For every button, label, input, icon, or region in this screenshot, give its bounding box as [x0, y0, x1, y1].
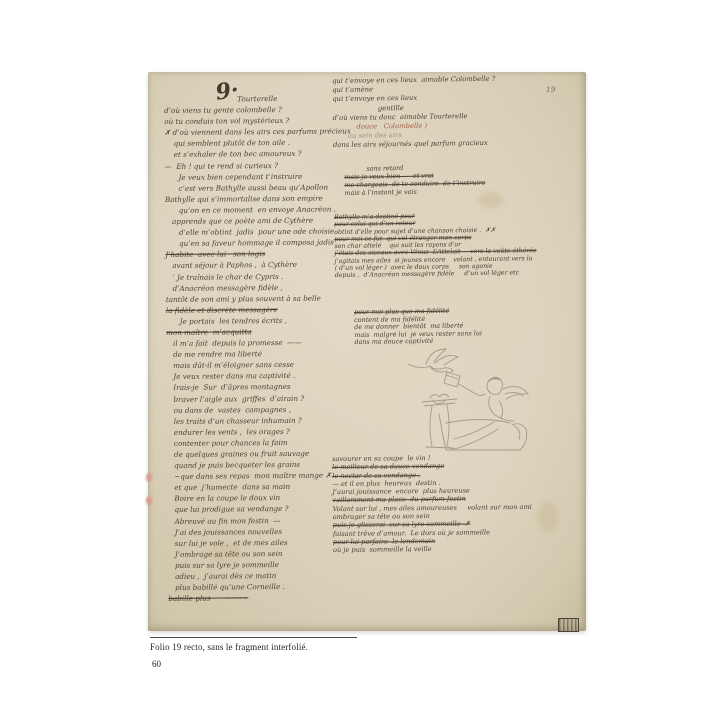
handwritten-right-ode: Bathylle m’a destiné pourpour celui qui … [334, 211, 585, 280]
caption: Folio 19 recto, sans le fragment interfo… [150, 642, 308, 652]
collection-stamp [558, 618, 579, 632]
manuscript-photo: 9· 19 Tourterelled’où viens tu gente col… [148, 72, 586, 631]
pencil-sketch-cupid-and-dove [402, 344, 542, 462]
handwritten-right-instruire: sans retardmais je veux bien — et vraime… [344, 161, 565, 197]
handwritten-right-top: qui t’envoye en ces lieux aimable Colomb… [332, 74, 583, 151]
caption-rule [150, 637, 357, 638]
handwritten-right-bottom: savourer en sa coupe le vin !le meilleur… [332, 452, 573, 554]
manuscript-line: où je puis sommeille la veille [333, 544, 573, 555]
handwritten-right-liberte: pour moi plus que ma fidélitécontent de … [354, 306, 575, 347]
book-page: { "caption": { "text": "Folio 19 recto, … [0, 0, 728, 728]
page-number: 60 [152, 659, 161, 669]
red-edge-mark [146, 496, 152, 505]
manuscript-line: babille plus ~~~~ [168, 591, 418, 604]
red-edge-mark [146, 473, 152, 482]
